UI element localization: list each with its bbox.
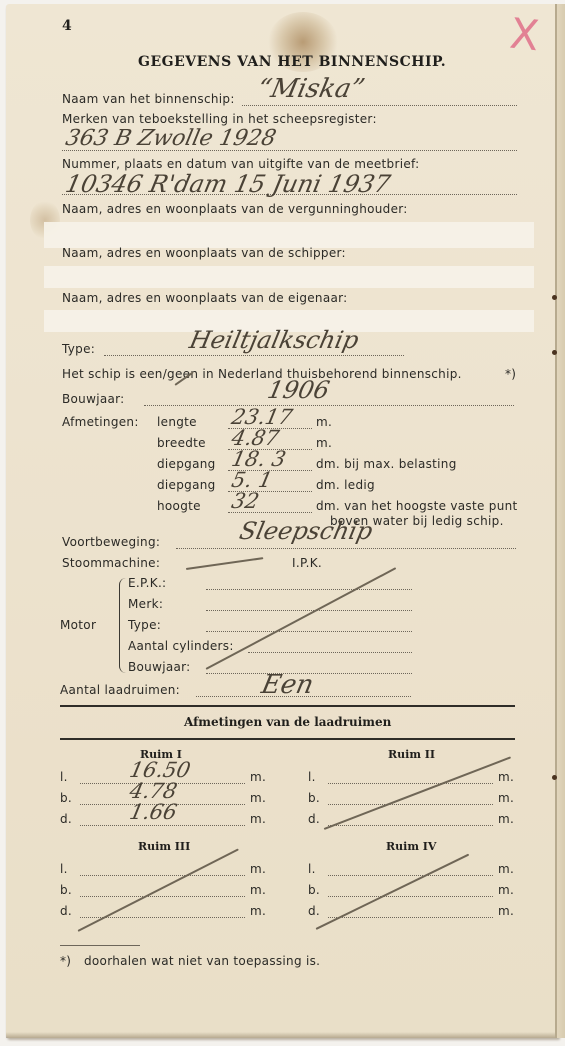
ship-name-line <box>242 105 517 106</box>
skipper-label: Naam, adres en woonplaats van de schippe… <box>62 246 346 260</box>
ship-name-label: Naam van het binnenschip: <box>62 92 235 106</box>
certificate-label: Nummer, plaats en datum van uitgifte van… <box>62 157 419 171</box>
hold-dim-unit: m. <box>250 770 266 784</box>
hold-dim-unit: m. <box>498 770 514 784</box>
dimension-name: breedte <box>157 436 206 450</box>
hold-dim-line <box>328 896 493 897</box>
holds-count-value: Een <box>259 670 317 700</box>
hold-dim-line <box>80 825 245 826</box>
footnote-mark: *) <box>505 367 516 381</box>
hold-dim-unit: m. <box>498 791 514 805</box>
dimension-name: diepgang <box>157 478 216 492</box>
hold-dim-unit: m. <box>498 812 514 826</box>
dimension-name: lengte <box>157 415 197 429</box>
motor-field-label: Merk: <box>128 597 163 611</box>
registration-value: 363 B Zwolle 1928 <box>63 126 278 151</box>
propulsion-value: Sleepschip <box>237 517 375 545</box>
hold-dim-key: b. <box>60 883 72 897</box>
redacted-area <box>44 266 534 288</box>
motor-label: Motor <box>60 618 96 632</box>
hold-dim-key: d. <box>60 904 72 918</box>
hold-dim-line <box>328 804 493 805</box>
dimension-name: diepgang <box>157 457 216 471</box>
hold-dim-key: d. <box>60 812 72 826</box>
hold-dim-key: d. <box>308 812 320 826</box>
licence-holder-label: Naam, adres en woonplaats van de vergunn… <box>62 202 408 216</box>
motor-field-line <box>206 631 412 632</box>
binding-hole <box>552 350 557 355</box>
build-year-line <box>144 405 514 406</box>
type-label: Type: <box>62 342 95 356</box>
hold-dim-line <box>328 783 493 784</box>
motor-field-line <box>206 610 412 611</box>
hold-dim-unit: m. <box>250 812 266 826</box>
hold-dim-key: l. <box>308 770 316 784</box>
hold-dim-line <box>328 825 493 826</box>
hold-dim-unit: m. <box>250 883 266 897</box>
motor-field-label: E.P.K.: <box>128 576 166 590</box>
hold-dim-unit: m. <box>250 862 266 876</box>
margin-x-mark: X <box>508 9 542 61</box>
dimension-value: 32 <box>229 489 261 513</box>
redacted-area <box>44 222 534 248</box>
hold-dim-key: b. <box>60 791 72 805</box>
motor-field-label: Aantal cylinders: <box>128 639 234 653</box>
binding-hole <box>552 295 557 300</box>
owner-label: Naam, adres en woonplaats van de eigenaa… <box>62 291 348 305</box>
dimension-unit: dm. ledig <box>316 478 375 492</box>
build-year-value: 1906 <box>265 376 332 404</box>
hold-dim-line <box>80 896 245 897</box>
dimension-unit: m. <box>316 436 332 450</box>
holds-section-title: Afmetingen van de laadruimen <box>184 715 391 729</box>
hold-dim-unit: m. <box>250 791 266 805</box>
motor-field-line <box>248 652 412 653</box>
motor-field-line <box>206 589 412 590</box>
certificate-value: 10346 R'dam 15 Juni 1937 <box>63 170 393 198</box>
section-rule-top <box>60 705 515 707</box>
hold-dim-line <box>328 875 493 876</box>
propulsion-line <box>176 548 516 549</box>
hold-dim-key: l. <box>308 862 316 876</box>
dimensions-label: Afmetingen: <box>62 415 139 429</box>
type-line <box>104 355 404 356</box>
propulsion-label: Voortbeweging: <box>62 535 160 549</box>
registration-label: Merken van teboekstelling in het scheeps… <box>62 112 377 126</box>
ipk-label: I.P.K. <box>292 556 322 570</box>
footnote-text: doorhalen wat niet van toepassing is. <box>84 954 320 968</box>
dimension-unit: dm. bij max. belasting <box>316 457 457 471</box>
hold-dim-unit: m. <box>498 904 514 918</box>
hold-dim-key: l. <box>60 862 68 876</box>
hold-dim-unit: m. <box>498 883 514 897</box>
holds-count-label: Aantal laadruimen: <box>60 683 180 697</box>
hold-dim-line <box>328 917 493 918</box>
hold-dim-key: b. <box>308 791 320 805</box>
steam-engine-label: Stoommachine: <box>62 556 160 570</box>
hold-dim-unit: m. <box>250 904 266 918</box>
dimension-unit: m. <box>316 415 332 429</box>
build-year-label: Bouwjaar: <box>62 392 125 406</box>
dimension-unit: dm. van het hoogste vaste punt <box>316 499 518 513</box>
hold-dim-key: d. <box>308 904 320 918</box>
page-title: GEGEVENS VAN HET BINNENSCHIP. <box>138 54 446 70</box>
hold-dim-value: 1.66 <box>127 800 179 824</box>
next-page-edge <box>557 4 565 1038</box>
type-value: Heiltjalkschip <box>187 326 361 354</box>
section-rule-bottom <box>60 738 515 740</box>
page-number: 4 <box>62 18 72 34</box>
hold-title: Ruim III <box>138 840 190 853</box>
motor-field-label: Type: <box>128 618 161 632</box>
hold-dim-key: l. <box>60 770 68 784</box>
footnote-rule <box>60 945 140 946</box>
hold-dim-unit: m. <box>498 862 514 876</box>
ship-name-value: “Miska” <box>255 74 368 104</box>
hold-title: Ruim IV <box>386 840 436 853</box>
hold-title: Ruim II <box>388 748 435 761</box>
domestic-statement: Het schip is een/geen in Nederland thuis… <box>62 367 462 381</box>
footnote-mark: *) <box>60 954 71 968</box>
dimension-name: hoogte <box>157 499 201 513</box>
hold-dim-line <box>80 875 245 876</box>
motor-brace <box>119 578 126 673</box>
binding-hole <box>552 775 557 780</box>
hold-dim-key: b. <box>308 883 320 897</box>
motor-field-label: Bouwjaar: <box>128 660 191 674</box>
